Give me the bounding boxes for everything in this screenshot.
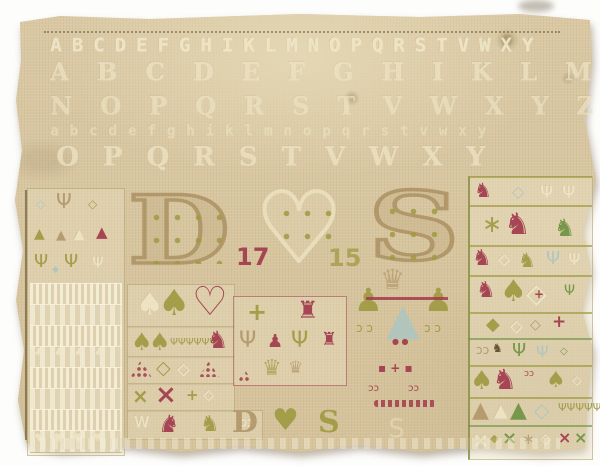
flower-motif: ◆ [52,266,59,275]
hill-motif: ▲ [34,227,45,241]
tree-motif: ♠ [546,370,566,392]
left-column-dark-edge [25,190,27,440]
bird-motif: ♞ [476,280,496,302]
x-motif: × [558,430,571,446]
dog-motif: ♞ [200,414,220,436]
scroll-motif: ɔɔ [408,384,419,394]
bottom-initial-d: D [232,408,258,438]
bird-motif: ♞ [492,342,503,354]
hem-stitch-line [44,31,560,33]
clover-row-motif: ♣ ♣ ♣ ♣ [34,348,107,358]
lady-figure-motif: ♟ [424,284,453,316]
cross-motif: + [534,288,544,300]
diamond-motif: ◆ [486,316,500,334]
palm-tree-motif: ♠ [470,368,493,394]
sprig-motif: ΨΨΨΨΨΨ [558,402,600,413]
alphabet-row-1: ABCDEFGHIKLMNOPQRSTVWXY [50,36,543,55]
alphabet-row-2: ABCDEFGHIKLM [50,60,600,84]
band-divider [468,425,592,427]
candelabra-motif: Ψ [239,330,256,352]
heart-outline-motif: ♡ [192,282,228,322]
pyramid-motif: ▲ [510,400,527,422]
diamond-motif: ◇ [203,388,214,402]
lady-figure-motif: ♟ [354,284,383,316]
bird-motif: ♞ [518,250,536,270]
bottom-heart: ♥ [272,406,299,436]
whitework-band [30,409,122,432]
bird-motif: ♞ [474,180,492,200]
date-digits-15: 15 [328,246,361,270]
whitework-band [30,304,122,327]
x-motif: × [132,386,149,406]
cross-flower-motif: + [247,300,267,324]
alphabet-row-5: OPQRSTVWXY [56,144,509,170]
sprig-motif: Ψ [564,284,575,298]
x-motif: × [155,382,177,408]
cross-motif: + [186,388,199,403]
lion-motif: ♞ [492,366,517,394]
urn-motif: Ψ [56,191,72,211]
diamond-motif: ◇ [156,359,171,378]
vase-motif: Ψ [291,330,308,352]
diamond-motif: ◇ [534,400,549,420]
crown-motif: ♛ [288,360,303,377]
plant-motif: Ψ [92,256,103,270]
bird-motif: ♞ [504,210,531,240]
diamond-motif: ◇ [572,374,581,386]
candelabra-motif: Ψ [562,184,575,200]
bottom-initial-s: S [318,408,340,438]
scroll-motif: W [134,415,149,430]
diamond-motif: ◇ [560,347,568,357]
figure-motif: ♟ [267,333,283,351]
flower-motif: ◇ [88,198,97,210]
diamond-motif: ◇ [510,318,522,334]
dog-motif: ♞ [158,412,180,436]
candelabra-motif: Ψ [546,250,560,268]
alphabet-row-4: abcdefghiklmnopqrstvwxy [50,124,497,138]
scroll-motif: ɔɔ [524,370,534,379]
totem-motif: ♜ [297,298,319,322]
flower-motif: ◇ [36,198,45,210]
whitework-band [30,388,122,411]
candelabra-motif: Ψ [536,344,549,360]
diamond-motif: ◇ [498,252,510,267]
scroll-motif: ɔ ɔ [356,322,373,334]
tree-motif: ♠ [500,277,527,307]
sampler-photo: ABCDEFGHIKLMNOPQRSTVWXY ABCDEFGHIKLM NOP… [0,0,600,466]
crown-motif: ♛ [380,266,405,294]
whitework-band [30,325,122,348]
scroll-motif: ɔɔ [476,344,489,356]
scroll-motif: ɔ ɔ [424,322,441,334]
cross-motif: + [552,314,566,331]
hill-motif: ▲ [74,228,84,241]
pyramid-motif: ▲ [494,403,507,420]
candelabra-motif: Ψ [568,252,580,267]
whitework-band [30,283,122,306]
lattice-motif: ◇ [512,184,524,200]
whitework-band [30,367,122,390]
plant-motif: Ψ [64,253,78,271]
crown-motif: ♛ [262,358,282,380]
x-motif: × [574,430,587,446]
red-chain-motif [374,400,436,407]
tree-motif: ♠ [149,330,171,354]
candelabra-motif: Ψ [540,184,553,200]
plant-motif: Ψ [34,253,48,271]
star-plant-motif: ∗ [482,212,502,236]
tree-motif: ♠ [158,286,190,322]
small-squares-motif: ▪ + ▪ [378,362,413,374]
heart-fill-dots [276,202,340,250]
band-divider [468,275,592,277]
pyramid-motif: ▲ [472,400,489,422]
initial-d-fill-dots [146,206,224,264]
bird-motif: ♞ [472,248,492,270]
vase-pyramid-motif: ▲ [386,298,420,342]
dots-motif: ● ● [392,338,409,346]
diamond-motif: ◇ [530,318,541,332]
band-divider [468,338,592,340]
candelabra-motif: Ψ [512,342,526,360]
alphabet-row-3: NOPQRSTVWXYZ [50,94,600,118]
scroll-motif: ɔɔ [368,384,379,394]
bird-motif: ♞ [554,216,576,240]
bottom-scallop-border [40,438,560,449]
bird-motif: ♞ [207,328,229,352]
hill-motif: ▲ [56,229,66,242]
initial-s-fill-dots [382,200,448,264]
totem-motif: ♜ [321,331,337,349]
hill-motif: ▲ [96,225,108,240]
diamond-motif: ◇ [177,361,189,377]
